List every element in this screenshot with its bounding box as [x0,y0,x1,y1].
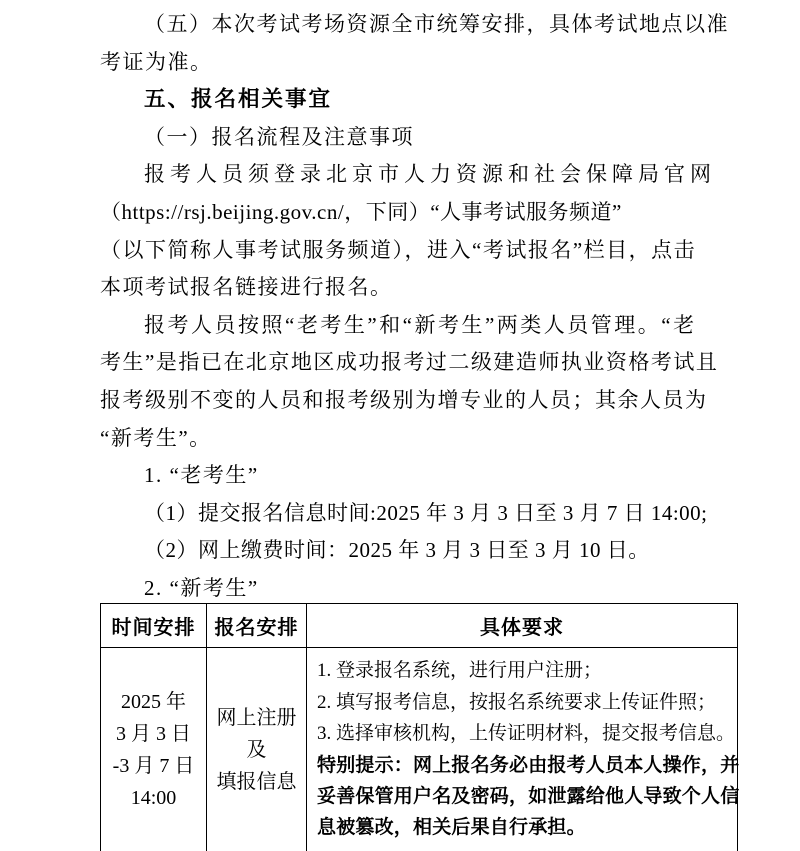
registration-schedule-table: 时间安排 报名安排 具体要求 2025 年 3 月 3 日 -3 月 7 日 1… [100,603,738,851]
para-exam-venue-line-1: （五）本次考试考场资源全市统筹安排，具体考试地点以准 [100,6,724,44]
requirement-line: 3. 选择审核机构，上传证明材料，提交报考信息。 [317,718,729,749]
header-time-arrangement: 时间安排 [101,604,207,648]
requirement-line: 1. 登录报名系统，进行用户注册； [317,655,729,686]
special-note-line: 息被篡改，相关后果自行承担。 [317,812,729,843]
para-old-candidate-def-2: 报考级别不变的人员和报考级别为增专业的人员；其余人员为 [100,382,724,420]
special-note-line: 特别提示：网上报名务必由报考人员本人操作，并 [317,750,729,781]
arrangement-line: 及 [208,734,305,766]
arrangement-line: 填报信息 [208,766,305,798]
para-login-intro: 报考人员须登录北京市人力资源和社会保障局官网 [100,156,724,194]
para-registration-link: 本项考试报名链接进行报名。 [100,269,724,307]
time-line: 3 月 3 日 [102,718,205,750]
para-website-url: （https://rsj.beijing.gov.cn/，下同）“人事考试服务频… [100,194,724,232]
document-page: （五）本次考试考场资源全市统筹安排，具体考试地点以准 考证为准。 五、报名相关事… [0,0,800,851]
heading-old-candidate: 1. “老考生” [100,457,724,495]
cell-registration-arrangement: 网上注册 及 填报信息 [207,648,307,851]
heading-new-candidate: 2. “新考生” [100,570,724,608]
time-line: 14:00 [102,782,205,814]
para-payment-time: （2）网上缴费时间：2025 年 3 月 3 日至 3 月 10 日。 [100,532,724,570]
time-line: -3 月 7 日 [102,750,205,782]
cell-specific-requirements: 1. 登录报名系统，进行用户注册； 2. 填写报考信息，按报名系统要求上传证件照… [307,648,738,851]
para-old-candidate-def-1: 考生”是指已在北京地区成功报考过二级建造师执业资格考试且 [100,344,724,382]
table-header-row: 时间安排 报名安排 具体要求 [101,604,738,648]
arrangement-line: 网上注册 [208,702,305,734]
header-registration-arrangement: 报名安排 [207,604,307,648]
header-specific-requirements: 具体要求 [307,604,738,648]
table-row: 2025 年 3 月 3 日 -3 月 7 日 14:00 网上注册 及 填报信… [101,648,738,851]
special-note-line: 妥善保管用户名及密码，如泄露给他人导致个人信 [317,781,729,812]
para-submit-time: （1）提交报名信息时间:2025 年 3 月 3 日至 3 月 7 日 14:0… [100,495,724,533]
para-channel-abbrev: （以下简称人事考试服务频道），进入“考试报名”栏目，点击 [100,232,724,270]
requirement-line: 2. 填写报考信息，按报名系统要求上传证件照； [317,687,729,718]
para-candidate-types: 报考人员按照“老考生”和“新考生”两类人员管理。“老 [100,307,724,345]
text-block: （五）本次考试考场资源全市统筹安排，具体考试地点以准 考证为准。 五、报名相关事… [100,6,724,608]
para-old-candidate-def-3: “新考生”。 [100,420,724,458]
para-exam-venue-line-2: 考证为准。 [100,44,724,82]
heading-subsection-one: （一）报名流程及注意事项 [100,119,724,157]
cell-time-arrangement: 2025 年 3 月 3 日 -3 月 7 日 14:00 [101,648,207,851]
time-line: 2025 年 [102,686,205,718]
heading-section-five: 五、报名相关事宜 [100,81,724,119]
